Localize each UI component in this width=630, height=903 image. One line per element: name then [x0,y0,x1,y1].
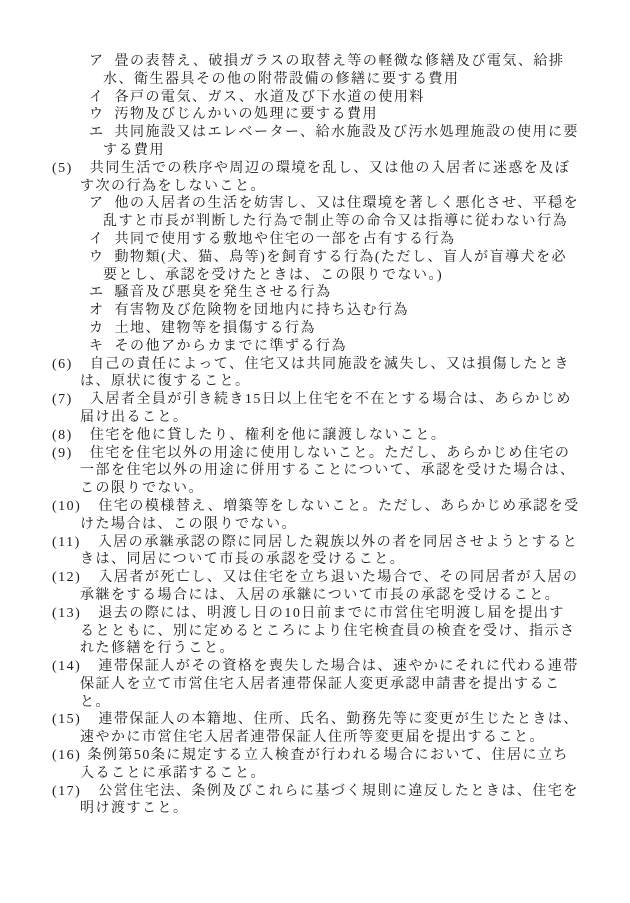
item-label: (7) [52,392,73,407]
list-item: (7)入居者全員が引き続き15日以上住宅を不在とする場合は、あらかじめ届け出るこ… [0,391,580,427]
item-label: エ [89,285,105,300]
item-label: ア [89,196,105,211]
item-label: (6) [52,357,73,372]
item-text: 共同で使用する敷地や住宅の一部を占有する行為 [115,232,456,247]
list-item: (5)共同生活での秩序や周辺の環境を乱し、又は他の入居者に迷惑を及ぼす次の行為を… [0,160,580,196]
item-label: (5) [52,161,73,176]
item-label: (16) [52,748,81,763]
list-item: (6)自己の責任によって、住宅又は共同施設を滅失し、又は損傷したときは、原状に復… [0,356,580,392]
list-item: ア畳の表替え、破損ガラスの取替え等の軽微な修繕及び電気、給排水、衛生器具その他の… [0,53,580,89]
item-text: 条例第50条に規定する立入検査が行われる場合において、住居に立ち入ることに承諾す… [80,748,569,781]
list-item: ウ汚物及びじんかいの処理に要する費用 [0,106,580,124]
document-page: ア畳の表替え、破損ガラスの取替え等の軽微な修繕及び電気、給排水、衛生器具その他の… [0,0,630,903]
list-item: キその他アからカまでに準ずる行為 [0,338,580,356]
list-item: カ土地、建物等を損傷する行為 [0,320,580,338]
item-text: 土地、建物等を損傷する行為 [115,321,317,336]
item-text: 連帯保証人がその資格を喪失した場合は、速やかにそれに代わる連帯保証人を立て市営住… [80,659,579,710]
item-label: (11) [52,535,81,550]
list-item: (14)連帯保証人がその資格を喪失した場合は、速やかにそれに代わる連帯保証人を立… [0,658,580,711]
list-item: ア他の入居者の生活を妨害し、又は住環境を著しく悪化させ、平穏を乱すと市長が判断し… [0,195,580,231]
list-item: (9)住宅を住宅以外の用途に使用しないこと。ただし、あらかじめ住宅の一部を住宅以… [0,445,580,498]
list-item: エ騒音及び悪臭を発生させる行為 [0,284,580,302]
item-text: 各戸の電気、ガス、水道及び下水道の使用料 [115,90,425,105]
item-text: 汚物及びじんかいの処理に要する費用 [115,107,379,122]
item-label: (12) [52,570,81,585]
item-text: 畳の表替え、破損ガラスの取替え等の軽微な修繕及び電気、給排水、衛生器具その他の附… [103,54,564,87]
item-text: 住宅の模様替え、増築等をしないこと。ただし、あらかじめ承認を受けた場合は、この限… [80,499,580,532]
item-label: キ [89,339,105,354]
item-text: 退去の際には、明渡し日の10日前までに市営住宅明渡し届を提出するとともに、別に定… [80,606,575,657]
item-label: イ [89,232,105,247]
list-item: (17)公営住宅法、条例及びこれらに基づく規則に違反したときは、住宅を明け渡すこ… [0,783,580,819]
item-text: 共同生活での秩序や周辺の環境を乱し、又は他の入居者に迷惑を及ぼす次の行為をしない… [80,161,570,194]
item-label: (13) [52,606,81,621]
item-text: 住宅を住宅以外の用途に使用しないこと。ただし、あらかじめ住宅の一部を住宅以外の用… [80,446,575,497]
item-text: 入居者全員が引き続き15日以上住宅を不在とする場合は、あらかじめ届け出ること。 [80,392,572,425]
item-text: 共同施設又はエレベーター、給水施設及び汚水処理施設の使用に要する費用 [103,125,579,158]
list-item: イ共同で使用する敷地や住宅の一部を占有する行為 [0,231,580,249]
item-label: (15) [52,712,81,727]
item-label: (14) [52,659,81,674]
item-text: 騒音及び悪臭を発生させる行為 [115,285,332,300]
list-item: (13)退去の際には、明渡し日の10日前までに市営住宅明渡し届を提出するとともに… [0,605,580,658]
item-label: (10) [52,499,81,514]
item-text: 入居の承継承認の際に同居した親族以外の者を同居させようとするときは、同居について… [80,535,578,568]
list-item: オ有害物及び危険物を団地内に持ち込む行為 [0,302,580,320]
list-item: ウ動物類(犬、猫、鳥等)を飼育する行為(ただし、盲人が盲導犬を必要とし、承認を受… [0,249,580,285]
item-label: (9) [52,446,73,461]
item-label: ア [89,54,105,69]
list-item: (11)入居の承継承認の際に同居した親族以外の者を同居させようとするときは、同居… [0,534,580,570]
item-list: ア畳の表替え、破損ガラスの取替え等の軽微な修繕及び電気、給排水、衛生器具その他の… [0,53,580,818]
item-label: オ [89,303,105,318]
list-item: (12)入居者が死亡し、又は住宅を立ち退いた場合で、その同居者が入居の承継をする… [0,569,580,605]
item-text: 他の入居者の生活を妨害し、又は住環境を著しく悪化させ、平穏を乱すと市長が判断した… [103,196,579,229]
item-label: (17) [52,784,81,799]
item-label: ウ [89,250,105,265]
item-label: カ [89,321,105,336]
item-text: 有害物及び危険物を団地内に持ち込む行為 [115,303,410,318]
item-text: 連帯保証人の本籍地、住所、氏名、勤務先等に変更が生じたときは、速やかに市営住宅入… [80,712,579,745]
item-label: イ [89,90,105,105]
list-item: (8)住宅を他に貸したり、権利を他に譲渡しないこと。 [0,427,580,445]
item-label: エ [89,125,105,140]
list-item: イ各戸の電気、ガス、水道及び下水道の使用料 [0,89,580,107]
item-label: (8) [52,428,73,443]
list-item: エ共同施設又はエレベーター、給水施設及び汚水処理施設の使用に要する費用 [0,124,580,160]
list-item: (10)住宅の模様替え、増築等をしないこと。ただし、あらかじめ承認を受けた場合は… [0,498,580,534]
item-text: 公営住宅法、条例及びこれらに基づく規則に違反したときは、住宅を明け渡すこと。 [80,784,579,817]
item-text: 住宅を他に貸したり、権利を他に譲渡しないこと。 [90,428,447,443]
item-text: 動物類(犬、猫、鳥等)を飼育する行為(ただし、盲人が盲導犬を必要とし、承認を受け… [103,250,567,283]
list-item: (15)連帯保証人の本籍地、住所、氏名、勤務先等に変更が生じたときは、速やかに市… [0,711,580,747]
item-text: 入居者が死亡し、又は住宅を立ち退いた場合で、その同居者が入居の承継をする場合には… [80,570,579,603]
item-text: その他アからカまでに準ずる行為 [115,339,348,354]
list-item: (16)条例第50条に規定する立入検査が行われる場合において、住居に立ち入ること… [0,747,580,783]
item-text: 自己の責任によって、住宅又は共同施設を滅失し、又は損傷したときは、原状に復するこ… [80,357,570,390]
item-label: ウ [89,107,105,122]
